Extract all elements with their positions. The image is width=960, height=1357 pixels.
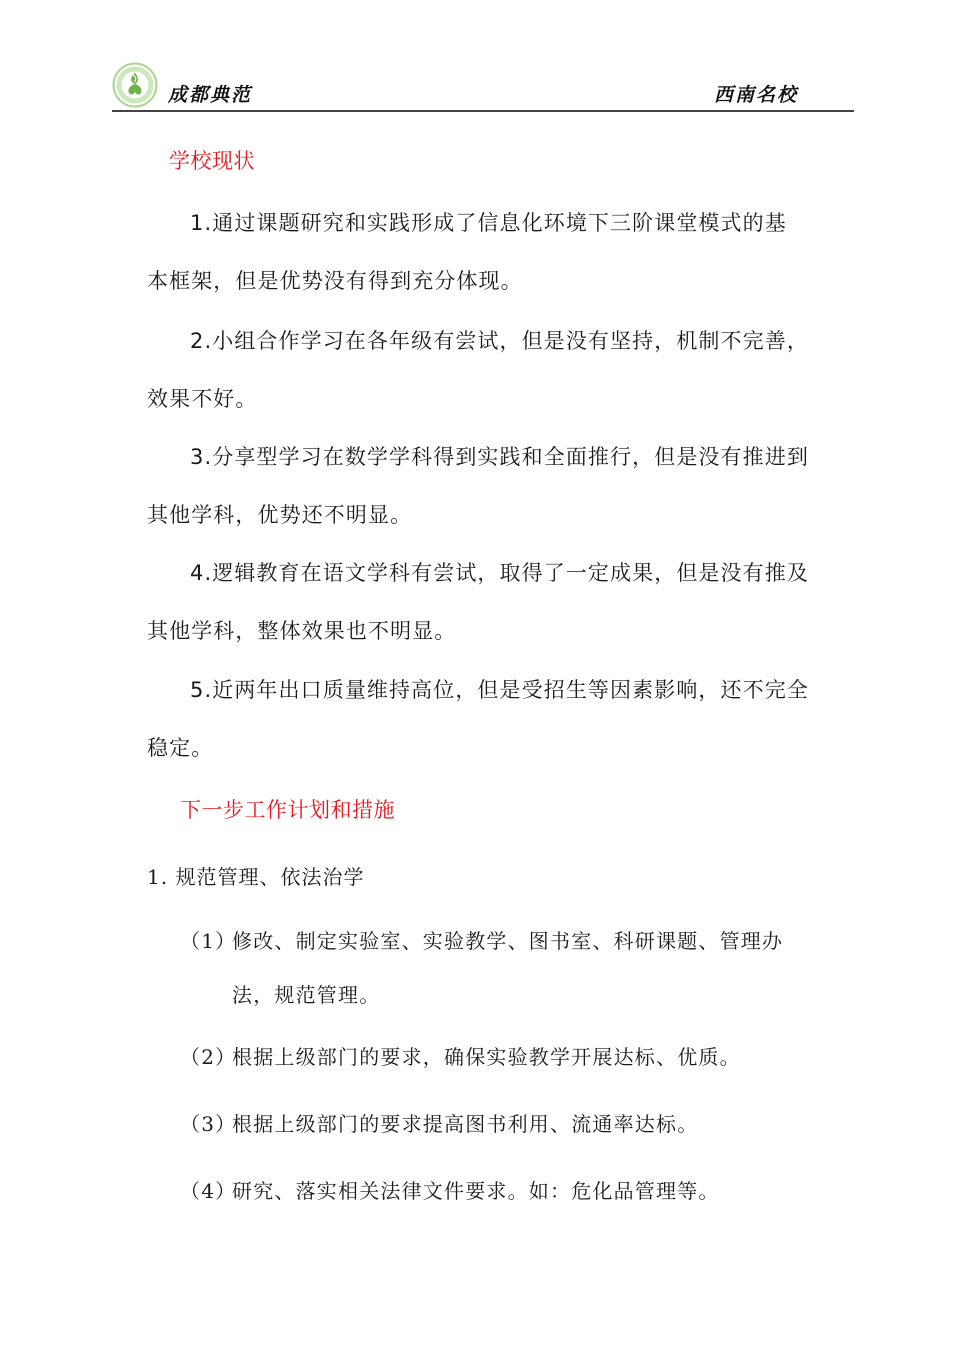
sub-item-text: 研究、落实相关法律文件要求。如：危化品管理等。 — [232, 1179, 720, 1203]
sub-item-text: 根据上级部门的要求提高图书利用、流通率达标。 — [232, 1112, 698, 1136]
status-paragraph-5: 5.近两年出口质量维持高位，但是受招生等因素影响，还不完全 稳定。 — [147, 661, 837, 777]
plan-sub-item-4: （4）研究、落实相关法律文件要求。如：危化品管理等。 — [180, 1164, 840, 1218]
paragraph-line: 稳定。 — [147, 736, 213, 760]
sub-item-number: （1） — [180, 914, 232, 968]
plan-sub-item-2: （2）根据上级部门的要求，确保实验教学开展达标、优质。 — [180, 1030, 840, 1084]
paragraph-line: 3.分享型学习在数学学科得到实践和全面推行，但是没有推进到 — [147, 428, 837, 486]
status-paragraph-1: 1.通过课题研究和实践形成了信息化环境下三阶课堂模式的基 本框架，但是优势没有得… — [147, 194, 837, 310]
status-paragraph-3: 3.分享型学习在数学学科得到实践和全面推行，但是没有推进到 其他学科，优势还不明… — [147, 428, 837, 544]
plan-sub-item-1: （1）修改、制定实验室、实验教学、图书室、科研课题、管理办 法，规范管理。 — [180, 914, 840, 1022]
paragraph-line: 2.小组合作学习在各年级有尝试，但是没有坚持，机制不完善， — [147, 312, 837, 370]
sub-item-text-continued: 法，规范管理。 — [180, 968, 840, 1022]
section-heading-school-status: 学校现状 — [169, 145, 255, 175]
paragraph-line: 其他学科，优势还不明显。 — [147, 503, 412, 527]
section-heading-next-steps: 下一步工作计划和措施 — [180, 794, 395, 824]
status-paragraph-4: 4.逻辑教育在语文学科有尝试，取得了一定成果，但是没有推及 其他学科，整体效果也… — [147, 544, 837, 660]
sub-item-text: 修改、制定实验室、实验教学、图书室、科研课题、管理办 — [232, 929, 783, 953]
plan-list-title: 1. 规范管理、依法治学 — [147, 861, 364, 890]
status-paragraph-2: 2.小组合作学习在各年级有尝试，但是没有坚持，机制不完善， 效果不好。 — [147, 312, 837, 428]
paragraph-line: 1.通过课题研究和实践形成了信息化环境下三阶课堂模式的基 — [147, 194, 837, 252]
brand-name-left: 成都典范 — [168, 80, 252, 107]
school-emblem-icon — [112, 62, 158, 108]
page-header: 成都典范 西南名校 — [112, 62, 854, 112]
sub-item-number: （3） — [180, 1097, 232, 1151]
brand-slogan-right: 西南名校 — [714, 80, 798, 107]
paragraph-line: 本框架，但是优势没有得到充分体现。 — [147, 269, 523, 293]
paragraph-line: 5.近两年出口质量维持高位，但是受招生等因素影响，还不完全 — [147, 661, 837, 719]
sub-item-number: （4） — [180, 1164, 232, 1218]
paragraph-line: 其他学科，整体效果也不明显。 — [147, 619, 456, 643]
header-divider — [112, 110, 854, 112]
plan-sub-item-3: （3）根据上级部门的要求提高图书利用、流通率达标。 — [180, 1097, 840, 1151]
sub-item-text: 根据上级部门的要求，确保实验教学开展达标、优质。 — [232, 1045, 741, 1069]
sub-item-number: （2） — [180, 1030, 232, 1084]
paragraph-line: 4.逻辑教育在语文学科有尝试，取得了一定成果，但是没有推及 — [147, 544, 837, 602]
paragraph-line: 效果不好。 — [147, 387, 258, 411]
